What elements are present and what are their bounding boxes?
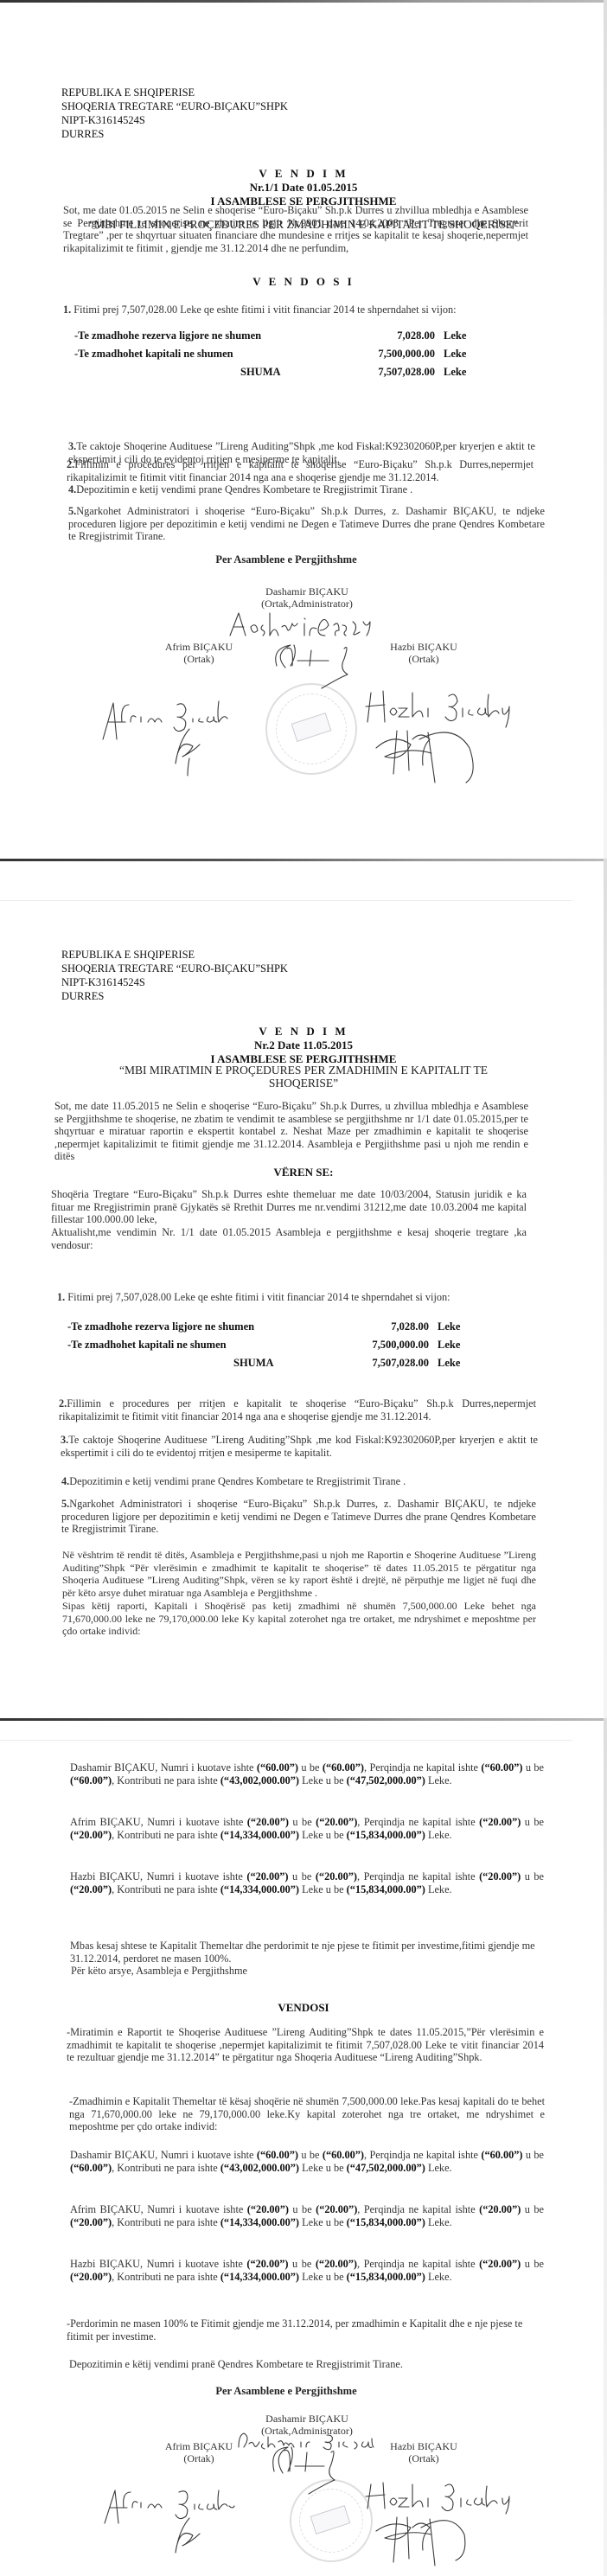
item-text: Te caktoje Shoqerine Audituese ”Lireng A… (61, 1434, 538, 1459)
item-5: 5.Ngarkohet Administratori i shoqerise “… (68, 505, 545, 543)
partner-text: Leke. (425, 1883, 452, 1895)
allocation-total-label: SHUMA (233, 1357, 274, 1370)
item-1: 1. Fitimi prej 7,507,028.00 Leke qe esht… (63, 304, 457, 316)
item-text: Depozitimin e ketij vendimi prane Qendre… (69, 1475, 406, 1487)
partner-value: (“15,834,000.00”) (347, 1829, 425, 1841)
partner-text: u be (289, 1870, 316, 1882)
decides-heading: V E N D O S I (0, 275, 607, 288)
partner-value: (“15,834,000.00”) (347, 2271, 425, 2283)
partner-text: , Perqindja ne kapital ishte (357, 2203, 479, 2215)
partner-change-paragraph: Hazbi BIÇAKU, Numri i kuotave ishte (“20… (70, 2258, 544, 2283)
partner-text: Numri i kuotave ishte (143, 2258, 246, 2270)
partner-text: , Perqindja ne kapital ishte (357, 1816, 479, 1828)
partner-text: , Perqindja ne kapital ishte (364, 1761, 481, 1774)
partner-value: (“60.00”) (257, 1761, 298, 1774)
partner-value: (“20.00”) (70, 1829, 112, 1841)
partner-text: Numri i kuotave ishte (157, 2149, 256, 2161)
partner-text: , Kontributi ne para ishte (112, 1829, 220, 1841)
allocation-label: -Te zmadhohet kapitali ne shumen (74, 348, 233, 361)
partner-value: (“14,334,000.00”) (220, 1829, 299, 1841)
signature-partner-2 (359, 687, 532, 783)
signature-partner-1 (99, 696, 229, 774)
partner-text: Leke u be (299, 2216, 347, 2228)
partner-text: u be (521, 1870, 544, 1882)
approve-paragraph: -Miratimin e Raportit te Shoqerise Audit… (67, 2026, 544, 2064)
header-nipt: NIPT-K31614524S (61, 114, 145, 127)
partner-text: , Kontributi ne para ishte (112, 2216, 220, 2228)
page-1: REPUBLIKA E SHQIPERISE SHOQERIA TREGTARE… (0, 0, 607, 859)
item-text: Fitimi prej 7,507,028.00 Leke qe eshte f… (71, 304, 456, 316)
item-number: 4. (61, 1475, 69, 1487)
profit-use-paragraph: Mbas kesaj shtese te Kapitalit Themeltar… (70, 1940, 546, 1965)
signature-partner-1 (99, 2483, 238, 2561)
item-4: 4.Depozitimin e ketij vendimi prane Qend… (61, 1475, 406, 1488)
paper-fold (0, 900, 572, 901)
item-number: 4. (68, 483, 76, 495)
page-edge (604, 0, 607, 859)
signature-partner-2 (359, 2479, 532, 2566)
signatory-admin: Dashamir BIÇAKU (Ortak,Administrator) (216, 585, 398, 610)
allocation-amount: 7,500,000.00 (299, 1339, 429, 1352)
partner-text: Dashamir BIÇAKU, (70, 2149, 157, 2161)
page-edge (0, 859, 607, 861)
partner-value: (“60.00”) (481, 2149, 522, 2161)
partner-text: Leke. (425, 1829, 452, 1841)
partner-value: (“15,834,000.00”) (347, 2216, 425, 2228)
partner-text: u be (523, 1761, 544, 1774)
partner-text: Hazbi BIÇAKU, (70, 1870, 143, 1882)
partner-change-paragraph: Dashamir BIÇAKU, Numri i kuotave ishte (… (70, 1761, 544, 1787)
partner-text: u be (521, 1816, 544, 1828)
use-profit-paragraph: -Perdorimin ne masen 100% te Fitimit gje… (67, 2317, 538, 2343)
partner-text: Numri i kuotave ishte (143, 1870, 246, 1882)
item-text: Te caktoje Shoqerine Audituese ”Lireng A… (68, 440, 535, 465)
allocation-label: -Te zmadhohe rezerva ligjore ne shumen (74, 329, 261, 342)
paper-fold (0, 1740, 572, 1741)
partner-value: (“47,502,000.00”) (347, 1774, 425, 1787)
partner-text: Leke u be (299, 2271, 347, 2283)
partner-text: Afrim BIÇAKU, (70, 1816, 144, 1828)
partner-value: (“20.00”) (316, 1816, 357, 1828)
allocation-currency: Leke (438, 1320, 460, 1333)
partner-value: (“15,834,000.00”) (347, 1883, 425, 1895)
partner-text: Leke. (425, 1774, 452, 1787)
partner-value: (“20.00”) (246, 1870, 288, 1882)
page-edge (0, 1718, 607, 1721)
signatory-name: Dashamir BIÇAKU (216, 585, 398, 598)
decision-number: Nr.2 Date 11.05.2015 (0, 1039, 607, 1051)
partner-text: , Kontributi ne para ishte (112, 1774, 220, 1787)
allocation-amount: 7,028.00 (305, 329, 435, 342)
partner-text: Dashamir BIÇAKU, (70, 1761, 157, 1774)
header-city: DURRES (61, 128, 104, 141)
signatory-role: (Ortak) (147, 2452, 251, 2464)
header-country: REPUBLIKA E SHQIPERISE (61, 86, 195, 99)
partner-text: Leke u be (299, 1829, 347, 1841)
partner-text: u be (289, 2203, 316, 2215)
item-text: Ngarkohet Administratori i shoqerise “Eu… (61, 1498, 536, 1535)
page-edge (604, 859, 607, 1718)
partner-text: Afrim BIÇAKU, (70, 2203, 144, 2215)
item-1: 1. Fitimi prej 7,507,028.00 Leke qe esht… (57, 1291, 450, 1304)
notes-heading: VËREN SE: (0, 1166, 607, 1179)
allocation-currency: Leke (438, 1339, 460, 1352)
partner-value: (“47,502,000.00”) (347, 2162, 425, 2174)
allocation-label: -Te zmadhohet kapitali ne shumen (67, 1339, 227, 1352)
partner-value: (“43,002,000.00”) (220, 1774, 299, 1787)
decides-heading: VENDOSI (0, 2001, 607, 2014)
partner-text: Leke u be (299, 1883, 347, 1895)
header-company: SHOQERIA TREGTARE “EURO-BIÇAKU”SHPK (61, 962, 288, 975)
item-number: 5. (68, 505, 76, 517)
partner-text: , Perqindja ne kapital ishte (357, 2258, 479, 2270)
item-text: Ngarkohet Administratori i shoqerise “Eu… (68, 505, 545, 542)
item-3: 3.Te caktoje Shoqerine Audituese ”Lireng… (68, 440, 535, 465)
partner-value: (“60.00”) (481, 1761, 522, 1774)
partner-change-paragraph: Afrim BIÇAKU, Numri i kuotave ishte (“20… (70, 2203, 544, 2228)
decision-subject-line-1: “MBI MIRATIMIN E PROÇEDURES PER ZMADHIMI… (0, 1064, 607, 1077)
allocation-currency: Leke (438, 1357, 460, 1370)
allocation-currency: Leke (444, 329, 466, 342)
partner-value: (“14,334,000.00”) (220, 2216, 299, 2228)
partner-text: Leke. (425, 2162, 452, 2174)
partner-text: u be (289, 1816, 316, 1828)
page-2: REPUBLIKA E SHQIPERISE SHOQERIA TREGTARE… (0, 859, 607, 1718)
background-paragraph: Shoqëria Tregtare “Euro-Biçaku” Sh.p.k D… (51, 1188, 527, 1226)
signatory-partner-2: Hazbi BIÇAKU (Ortak) (372, 641, 476, 665)
intro-paragraph: Sot, me date 11.05.2015 ne Selin e shoqe… (54, 1100, 528, 1163)
partner-value: (“20.00”) (316, 2258, 357, 2270)
partner-value: (“60.00”) (323, 2149, 364, 2161)
partner-value: (“20.00”) (479, 1816, 521, 1828)
header-company: SHOQERIA TREGTARE “EURO-BIÇAKU”SHPK (61, 100, 288, 113)
partner-text: , Perqindja ne kapital ishte (364, 2149, 481, 2161)
item-number: 5. (61, 1498, 69, 1510)
signature-admin-mark (264, 2440, 359, 2492)
item-2: 2.Fillimin e procedures per rritjen e ka… (59, 1397, 536, 1422)
partner-value: (“20.00”) (479, 2203, 521, 2215)
partner-value: (“20.00”) (247, 1816, 289, 1828)
company-stamp (265, 683, 357, 775)
item-number: 3. (61, 1434, 68, 1446)
signatory-name: Hazbi BIÇAKU (372, 641, 476, 653)
partner-value: (“20.00”) (316, 1870, 357, 1882)
intro-paragraph: Sot, me date 01.05.2015 ne Selin e shoqe… (63, 204, 528, 254)
partner-text: , Kontributi ne para ishte (112, 2162, 220, 2174)
item-number: 1. (63, 304, 71, 316)
header-nipt: NIPT-K31614524S (61, 976, 145, 989)
partner-text: u be (523, 2149, 544, 2161)
partner-text: Leke. (425, 2271, 452, 2283)
partner-change-paragraph: Hazbi BIÇAKU, Numri i kuotave ishte (“20… (70, 1870, 544, 1895)
decision-number: Nr.1/1 Date 01.05.2015 (0, 181, 607, 194)
signoff: Per Asamblene e Pergjithshme (0, 2385, 607, 2398)
item-4: 4.Depozitimin e ketij vendimi prane Qend… (68, 483, 412, 496)
partner-text: u be (521, 2203, 544, 2215)
partner-text: Numri i kuotave ishte (144, 2203, 247, 2215)
partner-text: Leke u be (299, 1774, 347, 1787)
signatory-partner-2: Hazbi BIÇAKU (Ortak) (372, 2440, 476, 2464)
item-number: 1. (57, 1291, 65, 1303)
item-number: 2. (59, 1397, 67, 1409)
header-city: DURRES (61, 990, 104, 1003)
page-edge (604, 1718, 607, 2576)
current-paragraph: Aktualisht,me vendimin Nr. 1/1 date 01.0… (51, 1226, 527, 1251)
decision-title: V E N D I M (0, 1025, 607, 1038)
partner-value: (“43,002,000.00”) (220, 2162, 299, 2174)
allocation-label: -Te zmadhohe rezerva ligjore ne shumen (67, 1320, 254, 1333)
item-3: 3.Te caktoje Shoqerine Audituese ”Lireng… (61, 1434, 538, 1459)
signatory-role: (Ortak,Administrator) (216, 598, 398, 610)
decision-subject-line-2: SHOQERISE” (0, 1077, 607, 1090)
partner-text: Numri i kuotave ishte (144, 1816, 247, 1828)
signature-admin-mark (268, 640, 363, 692)
signoff: Per Asamblene e Pergjithshme (0, 553, 607, 566)
deposit-line: Depozitimin e këtij vendimi pranë Qendre… (69, 2358, 403, 2371)
partner-value: (“14,334,000.00”) (220, 2271, 299, 2283)
partner-value: (“14,334,000.00”) (220, 1883, 299, 1895)
header-country: REPUBLIKA E SHQIPERISE (61, 949, 195, 962)
partner-value: (“20.00”) (479, 2258, 521, 2270)
partner-value: (“60.00”) (70, 2162, 112, 2174)
signatory-name: Dashamir BIÇAKU (216, 2413, 398, 2425)
partner-text: , Kontributi ne para ishte (112, 1883, 220, 1895)
item-5: 5.Ngarkohet Administratori i shoqerise “… (61, 1498, 536, 1536)
increase-paragraph: -Zmadhimin e Kapitalit Themeltar të kësa… (69, 2095, 545, 2133)
partner-value: (“20.00”) (316, 2203, 357, 2215)
allocation-amount: 7,507,028.00 (305, 366, 435, 379)
partner-text: Leke. (425, 2216, 452, 2228)
partner-change-paragraph: Dashamir BIÇAKU, Numri i kuotave ishte (… (70, 2149, 544, 2174)
item-number: 3. (68, 440, 76, 452)
review-paragraph: Në vështrim të rendit të ditës, Asamblej… (62, 1549, 536, 1599)
partner-text: Leke u be (299, 2162, 347, 2174)
allocation-total-label: SHUMA (240, 366, 281, 379)
partner-change-paragraph: Afrim BIÇAKU, Numri i kuotave ishte (“20… (70, 1816, 544, 1841)
partner-value: (“20.00”) (70, 2216, 112, 2228)
partner-value: (“60.00”) (257, 2149, 298, 2161)
partner-text: Hazbi BIÇAKU, (70, 2258, 143, 2270)
item-text: Fitimi prej 7,507,028.00 Leke qe eshte f… (65, 1291, 450, 1303)
partner-value: (“20.00”) (70, 2271, 112, 2283)
signatory-role: (Ortak) (372, 2452, 476, 2464)
partner-text: Numri i kuotave ishte (157, 1761, 256, 1774)
partner-value: (“60.00”) (70, 1774, 112, 1787)
signatory-role: (Ortak) (147, 653, 251, 665)
partner-text: u be (298, 2149, 323, 2161)
partner-text: u be (289, 2258, 316, 2270)
page-3: Dashamir BIÇAKU, Numri i kuotave ishte (… (0, 1718, 607, 2576)
page-edge (0, 0, 607, 3)
reasons-line: Për këto arsye, Asambleja e Pergjithshme (71, 1965, 247, 1978)
partner-value: (“60.00”) (323, 1761, 364, 1774)
partner-text: u be (298, 1761, 323, 1774)
decision-title: V E N D I M (0, 167, 607, 180)
partner-value: (“20.00”) (246, 2258, 288, 2270)
allocation-currency: Leke (444, 366, 466, 379)
signatory-role: (Ortak) (372, 653, 476, 665)
allocation-amount: 7,500,000.00 (305, 348, 435, 361)
partner-value: (“20.00”) (70, 1883, 112, 1895)
partner-text: , Kontributi ne para ishte (112, 2271, 220, 2283)
allocation-amount: 7,028.00 (299, 1320, 429, 1333)
signatory-name: Hazbi BIÇAKU (372, 2440, 476, 2452)
item-text: Depozitimin e ketij vendimi prane Qendre… (76, 483, 412, 495)
partner-text: , Perqindja ne kapital ishte (357, 1870, 479, 1882)
allocation-amount: 7,507,028.00 (299, 1357, 429, 1370)
partner-value: (“20.00”) (479, 1870, 521, 1882)
item-text: Fillimin e procedures per rritjen e kapi… (59, 1397, 536, 1422)
capital-paragraph: Sipas këtij raporti, Kapitali i Shoqëris… (62, 1600, 536, 1638)
allocation-currency: Leke (444, 348, 466, 361)
partner-text: u be (521, 2258, 544, 2270)
partner-value: (“20.00”) (247, 2203, 289, 2215)
